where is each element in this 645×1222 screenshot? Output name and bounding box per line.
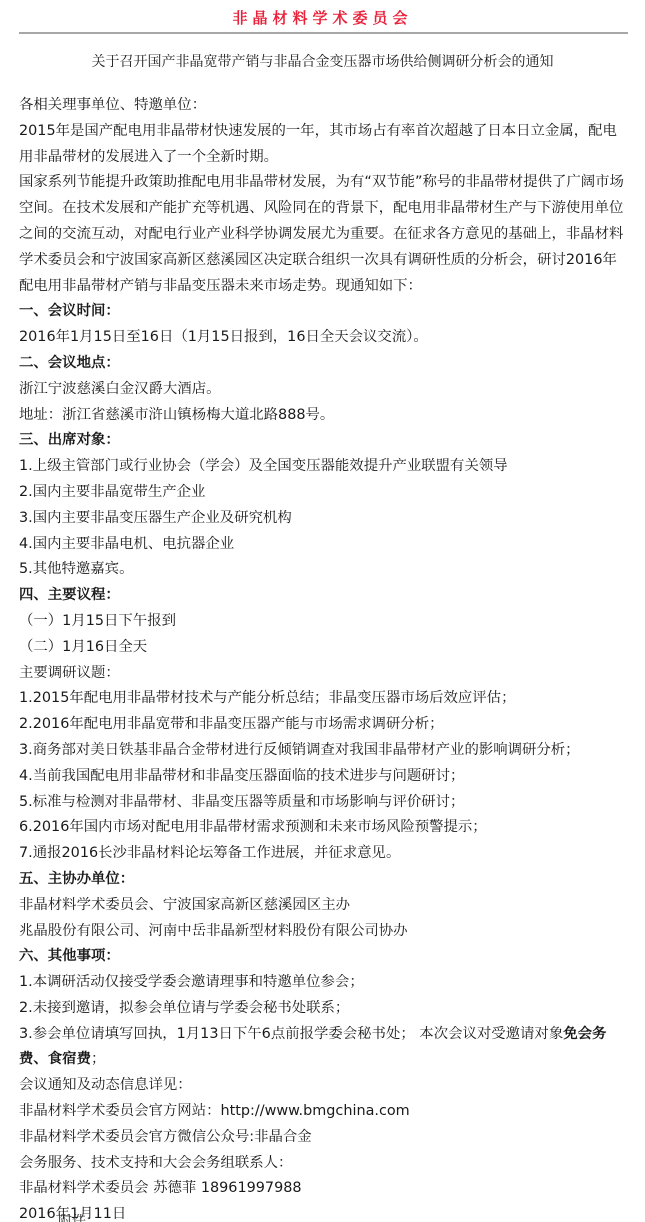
section-heading-agenda: 四、主要议程： xyxy=(19,583,627,609)
address-line: 地址：浙江省慈溪市浒山镇杨梅大道北路888号。 xyxy=(19,403,627,429)
org-title: 非晶材料学术委员会 xyxy=(0,8,645,28)
contact-label: 会务服务、技术支持和大会会务组联系人： xyxy=(19,1151,627,1177)
website-link[interactable]: http://www.bmgchina.com xyxy=(220,1103,409,1119)
topic-item: 7.通报2016长沙非晶材料论坛筹备工作进展，并征求意见。 xyxy=(19,841,627,867)
wechat-line: 非晶材料学术委员会官方微信公众号:非晶合金 xyxy=(19,1125,627,1151)
info-label: 会议通知及动态信息详见： xyxy=(19,1073,627,1099)
notice-date: 2016年1月11日 xyxy=(19,1202,627,1222)
topic-item: 2.2016年配电用非晶宽带和非晶变压器产能与市场需求调研分析； xyxy=(19,712,627,738)
website-label: 非晶材料学术委员会官方网站： xyxy=(19,1103,220,1119)
schedule-item: （一）1月15日下午报到 xyxy=(19,609,627,635)
attachment-label: 附件： xyxy=(58,1214,100,1222)
other-item: 1.本调研活动仅接受学委会邀请理事和特邀单位参会； xyxy=(19,970,627,996)
place-line: 浙江宁波慈溪白金汉爵大酒店。 xyxy=(19,377,627,403)
section-heading-place: 二、会议地点： xyxy=(19,351,627,377)
attendee-item: 5.其他特邀嘉宾。 xyxy=(19,557,627,583)
website-line: 非晶材料学术委员会官方网站：http://www.bmgchina.com xyxy=(19,1099,627,1125)
section-heading-other: 六、其他事项： xyxy=(19,944,627,970)
section-heading-organizers: 五、主协办单位： xyxy=(19,867,627,893)
attendee-item: 4.国内主要非晶电机、电抗器企业 xyxy=(19,532,627,558)
attendee-item: 1.上级主管部门或行业协会（学会）及全国变压器能效提升产业联盟有关领导 xyxy=(19,454,627,480)
salutation: 各相关理事单位、特邀单位： xyxy=(19,93,627,119)
intro-paragraph: 国家系列节能提升政策助推配电用非晶带材发展，为有“双节能”称号的非晶带材提供了广… xyxy=(19,170,627,299)
other-item-3-end: ； xyxy=(91,1051,105,1067)
time-line: 2016年1月15日至16日（1月15日报到，16日全天会议交流）。 xyxy=(19,325,627,351)
other-item-3: 3.参会单位请填写回执，1月13日下午6点前报学委会秘书处； 本次会议对受邀请对… xyxy=(19,1022,627,1074)
other-item-3-text: 3.参会单位请填写回执，1月13日下午6点前报学委会秘书处； 本次会议对受邀请对… xyxy=(19,1026,563,1042)
organizer-line: 非晶材料学术委员会、宁波国家高新区慈溪园区主办 xyxy=(19,893,627,919)
topics-label: 主要调研议题： xyxy=(19,661,627,687)
co-organizer-line: 兆晶股份有限公司、河南中岳非晶新型材料股份有限公司协办 xyxy=(19,919,627,945)
topic-item: 1.2015年配电用非晶带材技术与产能分析总结；非晶变压器市场后效应评估； xyxy=(19,686,627,712)
intro-paragraph: 2015年是国产配电用非晶带材快速发展的一年，其市场占有率首次超越了日本日立金属… xyxy=(19,119,627,171)
topic-item: 5.标准与检测对非晶带材、非晶变压器等质量和市场影响与评价研讨； xyxy=(19,790,627,816)
schedule-item: （二）1月16日全天 xyxy=(19,635,627,661)
section-heading-attendees: 三、出席对象： xyxy=(19,428,627,454)
header-divider xyxy=(19,32,628,34)
section-heading-time: 一、会议时间： xyxy=(19,299,627,325)
attendee-item: 2.国内主要非晶宽带生产企业 xyxy=(19,480,627,506)
attendee-item: 3.国内主要非晶变压器生产企业及研究机构 xyxy=(19,506,627,532)
topic-item: 6.2016年国内市场对配电用非晶带材需求预测和未来市场风险预警提示； xyxy=(19,815,627,841)
other-item: 2.未接到邀请，拟参会单位请与学委会秘书处联系； xyxy=(19,996,627,1022)
notice-title: 关于召开国产非晶宽带产销与非晶合金变压器市场供给侧调研分析会的通知 xyxy=(0,52,645,72)
notice-body: 各相关理事单位、特邀单位： 2015年是国产配电用非晶带材快速发展的一年，其市场… xyxy=(19,93,627,1222)
topic-item: 4.当前我国配电用非晶带材和非晶变压器面临的技术进步与问题研讨； xyxy=(19,764,627,790)
topic-item: 3.商务部对美日铁基非晶合金带材进行反倾销调查对我国非晶带材产业的影响调研分析； xyxy=(19,738,627,764)
contact-line: 非晶材料学术委员会 苏德菲 18961997988 xyxy=(19,1176,627,1202)
